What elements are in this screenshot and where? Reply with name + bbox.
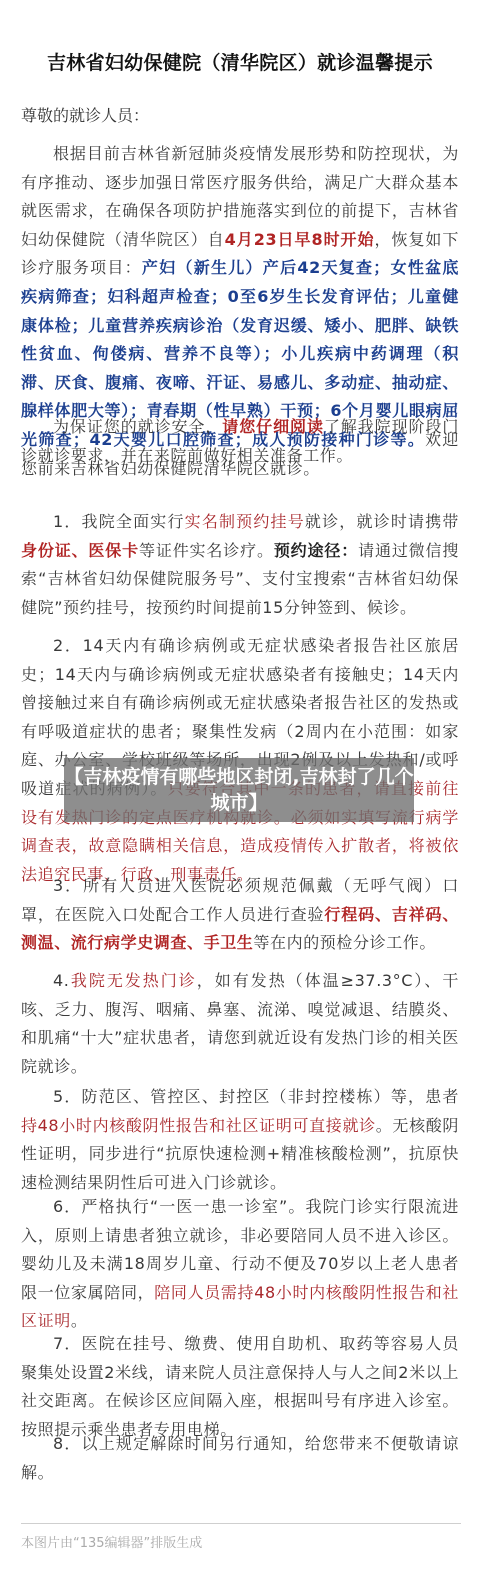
start-date-highlight: 4月23日早8时开始: [225, 230, 375, 249]
item-5: 5．防范区、管控区、封控区（非封控楼栋）等，患者持48小时内核酸阴性报告和社区证…: [21, 1083, 459, 1197]
id-card-highlight: 身份证、医保卡: [21, 541, 139, 560]
item-number: 7．: [53, 1334, 82, 1353]
read-carefully-highlight: 请您仔细阅读: [222, 417, 324, 436]
safety-text: 为保证您的就诊安全，: [53, 417, 222, 436]
item-number: 2．: [53, 636, 83, 655]
caption-overlay: 【吉林疫情有哪些地区封闭,吉林封了几个城市】: [64, 758, 414, 822]
item-7: 7．医院在挂号、缴费、使用自助机、取药等容易人员聚集处设置2米线，请来院人员注意…: [21, 1330, 459, 1444]
item-number: 5．: [53, 1087, 82, 1106]
item-number: 6．: [53, 1197, 81, 1216]
item-6: 6．严格执行“一医一患一诊室”。我院门诊实行限流进入，原则上请患者独立就诊，非必…: [21, 1193, 459, 1336]
item-number: 8．: [53, 1434, 82, 1453]
item-number: 4.: [53, 971, 69, 990]
item-text: 就诊，就诊时请携带: [305, 512, 459, 531]
item-1: 1．我院全面实行实名制预约挂号就诊，就诊时请携带身份证、医保卡等证件实名诊疗。预…: [21, 508, 459, 622]
no-fever-clinic-highlight: 我院无发热门诊: [69, 971, 196, 990]
item-number: 3．: [53, 876, 83, 895]
greeting: 尊敬的就诊人员：: [21, 103, 149, 126]
item-text: 。: [71, 1311, 88, 1330]
item-text: 防范区、管控区、封控区（非封控楼栋）等，患者: [82, 1087, 459, 1106]
item-3: 3．所有人员进入医院必须规范佩戴（无呼气阀）口罩，在医院入口处配合工作人员进行查…: [21, 872, 459, 958]
real-name-highlight: 实名制预约挂号: [185, 512, 305, 531]
footer-divider: [21, 1523, 461, 1524]
booking-method-label: 预约途径：: [274, 541, 358, 560]
item-text: 医院在挂号、缴费、使用自助机、取药等容易人员聚集处设置2米线，请来院人员注意保持…: [21, 1334, 459, 1439]
item-text: 等在内的预检分诊工作。: [253, 933, 436, 952]
item-number: 1．: [53, 512, 82, 531]
item-text: 以上规定解除时间另行通知，给您带来不便敬请谅解。: [21, 1434, 459, 1482]
item-8: 8．以上规定解除时间另行通知，给您带来不便敬请谅解。: [21, 1430, 459, 1487]
document-title: 吉林省妇幼保健院（清华院区）就诊温馨提示: [0, 48, 480, 75]
nucleic-test-highlight: 持48小时内核酸阴性报告和社区证明可直接就诊: [21, 1116, 376, 1135]
editor-credit: 本图片由“135编辑器”排版生成: [21, 1532, 202, 1551]
item-4: 4.我院无发热门诊，如有发热（体温≥37.3°C）、干咳、乏力、腹泻、咽痛、鼻塞…: [21, 967, 459, 1081]
item-text: 等证件实名诊疗。: [139, 541, 274, 560]
item-text: 我院全面实行: [82, 512, 185, 531]
safety-paragraph: 为保证您的就诊安全，请您仔细阅读了解我院现阶段门诊就诊要求，并在来院前做好相关准…: [21, 413, 459, 470]
